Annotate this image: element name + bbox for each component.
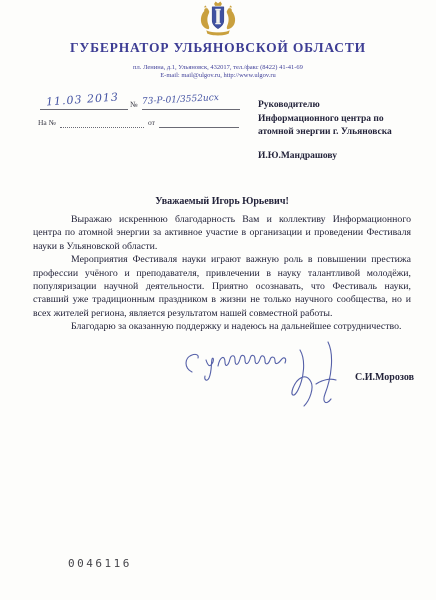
paragraph-3: Благодарю за оказанную поддержку и надею… bbox=[33, 320, 411, 333]
organization-address: пл. Ленина, д.1, Ульяновск, 432017, тел.… bbox=[0, 64, 436, 80]
coat-of-arms-icon bbox=[196, 1, 240, 38]
recipient-block: Руководителю Информационного центра по а… bbox=[258, 99, 428, 163]
reply-to-number-label: На № bbox=[38, 118, 56, 127]
salutation: Уважаемый Игорь Юрьевич! bbox=[33, 196, 411, 207]
handwritten-outgoing-number: 73-Р-01/3552исх bbox=[142, 93, 219, 107]
recipient-position-line-2: Информационного центра по bbox=[258, 113, 428, 127]
address-line-1: пл. Ленина, д.1, Ульяновск, 432017, тел.… bbox=[0, 64, 436, 72]
address-line-2: E-mail: mail@ulgov.ru, http://www.ulgov.… bbox=[0, 72, 436, 80]
number-symbol: № bbox=[130, 100, 138, 109]
reference-row-reply-to: На № от bbox=[38, 116, 248, 130]
number-underline bbox=[142, 109, 240, 110]
letter-body: Выражаю искреннюю благодарность Вам и ко… bbox=[33, 213, 411, 334]
recipient-position-line-1: Руководителю bbox=[258, 99, 428, 113]
reply-date-label: от bbox=[148, 118, 155, 127]
scanned-letter-page: ГУБЕРНАТОР УЛЬЯНОВСКОЙ ОБЛАСТИ пл. Ленин… bbox=[0, 0, 436, 600]
paragraph-1: Выражаю искреннюю благодарность Вам и ко… bbox=[33, 213, 411, 253]
reference-row-date-number: 11.03 2013 № 73-Р-01/3552исх bbox=[38, 92, 248, 116]
form-number: 0046116 bbox=[68, 557, 132, 570]
signatory-name: С.И.Морозов bbox=[355, 372, 414, 383]
recipient-position-line-3: атомной энергии г. Ульяновска bbox=[258, 126, 428, 140]
date-underline bbox=[40, 109, 128, 110]
reference-block: 11.03 2013 № 73-Р-01/3552исх На № от bbox=[38, 92, 248, 130]
organization-title: ГУБЕРНАТОР УЛЬЯНОВСКОЙ ОБЛАСТИ bbox=[0, 40, 436, 56]
paragraph-2: Мероприятия Фестиваля науки играют важну… bbox=[33, 253, 411, 320]
reply-date-underline bbox=[159, 127, 239, 128]
recipient-name: И.Ю.Мандрашову bbox=[258, 150, 428, 164]
reply-number-underline bbox=[60, 127, 144, 128]
handwritten-date: 11.03 2013 bbox=[46, 90, 120, 108]
signature-flourish-icon bbox=[178, 338, 356, 416]
